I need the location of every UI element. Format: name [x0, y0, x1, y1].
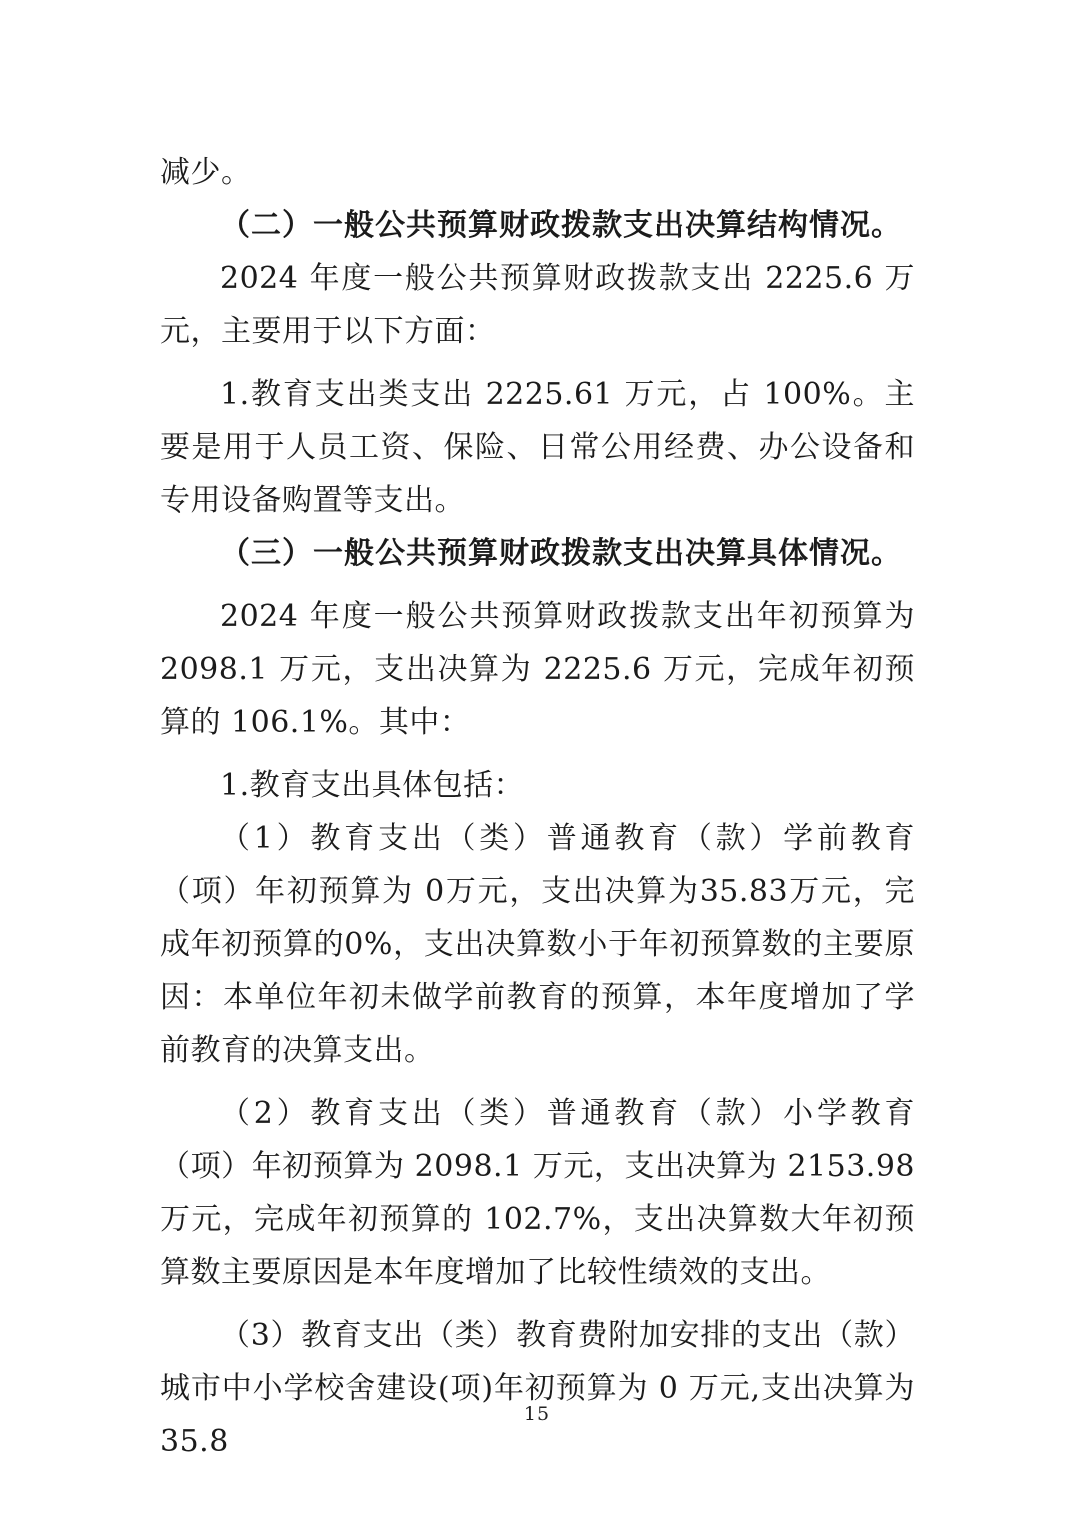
paragraph: 2024 年度一般公共预算财政拨款支出 2225.6 万元，主要用于以下方面： [160, 252, 915, 358]
page-number: 15 [524, 1403, 550, 1425]
paragraph: 2024 年度一般公共预算财政拨款支出年初预算为 2098.1 万元，支出决算为… [160, 590, 915, 749]
document-body: 减少。（二）一般公共预算财政拨款支出决算结构情况。2024 年度一般公共预算财政… [160, 146, 915, 1468]
paragraph: 减少。 [160, 146, 915, 199]
paragraph: 1.教育支出类支出 2225.61 万元，占 100%。主要是用于人员工资、保险… [160, 368, 915, 527]
section-heading: （二）一般公共预算财政拨款支出决算结构情况。 [160, 199, 915, 252]
paragraph: （1）教育支出（类）普通教育（款）学前教育（项）年初预算为 0万元，支出决算为3… [160, 812, 915, 1077]
paragraph: （3）教育支出（类）教育费附加安排的支出（款）城市中小学校舍建设(项)年初预算为… [160, 1309, 915, 1468]
section-heading: （三）一般公共预算财政拨款支出决算具体情况。 [160, 527, 915, 580]
paragraph: 1.教育支出具体包括： [160, 759, 915, 812]
page-footer: 15 [0, 1403, 1074, 1425]
paragraph: （2）教育支出（类）普通教育（款）小学教育（项）年初预算为 2098.1 万元，… [160, 1087, 915, 1299]
document-page: { "page": { "footer_page_number": "15" }… [0, 0, 1074, 1520]
